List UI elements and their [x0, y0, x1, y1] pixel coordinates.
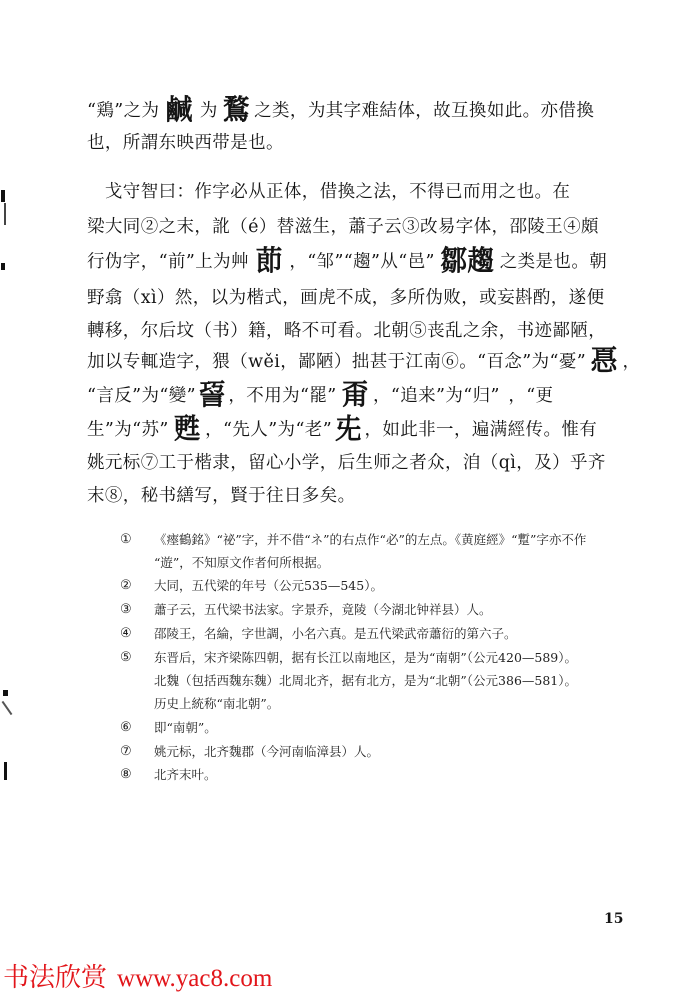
footnote-number: ⑦	[120, 742, 132, 762]
text-run: ，	[623, 352, 641, 372]
footnote-text: 北齐末叶。	[154, 765, 217, 785]
text-run: ，“更	[508, 386, 553, 406]
text-run: 加以专輒造字，猥（wěi，鄙陋）拙甚于江南⑥。“百念”为“憂”	[87, 352, 586, 372]
footnote-text: 姚元标，北齐魏郡（今河南临漳县）人。	[154, 742, 379, 762]
footnote-text: 北魏（包括西魏东魏）北周北齐，据有北方，是为“北朝”（公元386—581）。	[154, 671, 577, 691]
body-line: 姚元标⑦工于楷隶，留心小学，后生师之者众，洎（qì，及）乎齐	[87, 448, 606, 478]
text-run: 之类是也。朝	[500, 252, 607, 272]
footnote-text: 邵陵王，名綸，字世調，小名六真。是五代梁武帝蕭衍的第六子。	[154, 624, 517, 644]
calligraphy-glyph: 莭	[256, 246, 283, 276]
body-line: 生”为“苏”甦，“先人”为“老”兂，如此非一，遍满經传。惟有	[87, 414, 597, 444]
footnote-text: 《瘞鶴銘》“祕”字，并不借“ネ”的右点作“必”的左点。《黄庭經》“蹔”字亦不作	[154, 530, 586, 550]
body-line: 加以专輒造字，猥（wěi，鄙陋）拙甚于江南⑥。“百念”为“憂”㥑，	[87, 346, 640, 376]
footnote-number: ②	[120, 576, 132, 596]
text-run: ，如此非一，遍满經传。惟有	[364, 420, 597, 440]
watermark-url[interactable]: www.yac8.com	[117, 965, 272, 992]
footnote-text: 蕭子云，五代梁书法家。字景乔，竟陵（今湖北钟祥县）人。	[154, 600, 492, 620]
body-line: 也，所謂东映西带是也。	[87, 128, 284, 158]
calligraphy-glyph: 鹹	[166, 95, 193, 125]
footnote-number: ⑤	[120, 648, 132, 668]
footnote-number: ①	[120, 530, 132, 550]
text-run: ，不用为“罷”	[228, 386, 336, 406]
footnote-number: ④	[120, 624, 132, 644]
footnote-text: 即“南朝”。	[154, 718, 217, 738]
body-line: 行伪字，“前”上为艸莭，“邹”“趨”从“邑”鄒趨之类是也。朝	[87, 246, 607, 276]
calligraphy-glyph: 㥑	[591, 346, 618, 376]
scan-mark	[1, 190, 5, 202]
scan-mark	[3, 690, 8, 696]
footnote-number: ⑧	[120, 765, 132, 785]
body-line: 轉移，尔后坟（书）籍，略不可看。北朝⑤丧乱之余，书迹鄙陋，	[87, 316, 606, 346]
watermark-label: 书法欣赏	[3, 963, 107, 993]
calligraphy-glyph: 鶩	[222, 95, 249, 125]
footnote-text: “遊”，不知原文作者何所根据。	[154, 553, 329, 573]
calligraphy-glyph: 甦	[173, 414, 200, 444]
body-line: 野翕（xì）然，以为楷式，画虎不成，多所伪败，或妄斟酌，遂便	[87, 283, 604, 313]
text-run: “言反”为“變”	[87, 386, 196, 406]
text-run: ，“邹”“趨”从“邑”	[289, 252, 435, 272]
calligraphy-glyph: 甭	[341, 380, 368, 410]
footnote-number: ⑥	[120, 718, 132, 738]
calligraphy-glyph: 兂	[335, 414, 362, 444]
text-run: ，“先人”为“老”	[205, 420, 332, 440]
scan-mark	[1, 263, 5, 270]
page-number: 15	[604, 911, 623, 927]
body-line: 戈守智曰：作字必从正体，借換之法，不得已而用之也。在	[87, 177, 570, 207]
body-line: “鶏”之为鹹为鶩之类，为其字难結体，故互換如此。亦借換	[87, 95, 594, 125]
text-run: 行伪字，“前”上为艸	[87, 252, 249, 272]
calligraphy-glyph: 鄒趨	[440, 246, 494, 276]
footnote-text: 大同，五代梁的年号（公元535—545）。	[154, 576, 383, 596]
text-run: 为	[200, 101, 218, 121]
body-line: 梁大同②之末，訛（é）替滋生，蕭子云③改易字体，邵陵王④頗	[87, 212, 599, 242]
text-run: “鶏”之为	[87, 101, 159, 121]
text-run: 之类，为其字难結体，故互換如此。亦借換	[254, 101, 594, 121]
body-line: 末⑧，秘书繕写，賢于往日多矣。	[87, 481, 356, 511]
body-line: “言反”为“變”䛒，不用为“罷”甭，“追来”为“归”𨒅，“更	[87, 380, 553, 410]
watermark[interactable]: 书法欣赏www.yac8.com	[3, 957, 272, 994]
footnote-text: 东晋后，宋齐梁陈四朝，据有长江以南地区，是为“南朝”（公元420—589）。	[154, 648, 577, 668]
scan-mark	[2, 701, 13, 715]
scan-mark	[4, 203, 6, 225]
text-run: ，“追来”为“归”	[373, 386, 500, 406]
scan-mark	[4, 762, 7, 780]
footnote-number: ③	[120, 600, 132, 620]
footnote-text: 历史上統称“南北朝”。	[154, 694, 279, 714]
calligraphy-glyph: 䛒	[199, 380, 226, 410]
text-run: 生”为“苏”	[87, 420, 169, 440]
